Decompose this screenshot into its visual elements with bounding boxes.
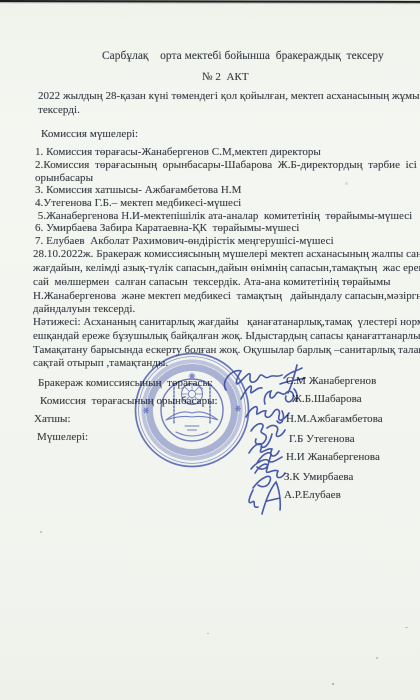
signature-utegenova — [251, 424, 285, 448]
signature-umirbaeva — [253, 464, 285, 488]
scan-speck — [405, 627, 408, 628]
stamp-ring-text-outer — [143, 361, 240, 458]
inspection-line: 28.10.2022ж. Бракераж комиссиясының мүше… — [33, 248, 420, 260]
signature-role: Бракераж комиссиясының төрағасы: — [38, 377, 213, 389]
result-line: Нәтижесі: Асхананың санитарлық жағдайы қ… — [33, 316, 420, 328]
intro-line: тексерді. — [38, 104, 80, 116]
signature-name: А.Р.Елубаев — [284, 489, 341, 501]
signature-name: З.К Умирбаева — [284, 471, 353, 483]
result-line: Тамақатану барысында ескерту болған жоқ.… — [33, 344, 420, 356]
member-item: 5.Жанабергенова Н.И-мектепішілік ата-ана… — [35, 210, 412, 222]
inspection-line: жағдайын, келімді азық-түлік сапасын,дай… — [33, 262, 420, 274]
signature-name: Ж.Б.Шабарова — [292, 393, 362, 405]
official-stamp — [136, 354, 249, 467]
signature-role: Хатшы: — [34, 413, 71, 425]
stamp-star-separator — [144, 406, 241, 413]
scanned-act-document: Сарбұлақ орта мектебі бойынша бракеражды… — [0, 0, 420, 700]
inspection-line: Н.Жанабергенова және мектеп медбикесі та… — [33, 290, 420, 302]
signature-azhbagambetova — [246, 407, 289, 423]
signature-elubaev — [249, 482, 280, 514]
scan-speck — [376, 657, 378, 659]
act-number: № 2 АКТ — [202, 71, 249, 83]
document-title: Сарбұлақ орта мектебі бойынша бракеражды… — [102, 50, 384, 62]
signature-role: Мүшелері: — [37, 431, 88, 443]
signature-zhanabergenova — [249, 444, 282, 469]
result-line: сақтай отырып ,тамақтанды. — [33, 357, 168, 369]
signature-role: Комиссия төрағасының орынбасары: — [40, 395, 218, 407]
member-item: 1. Комиссия төрағасы-Жанабергенов С.М,ме… — [35, 146, 321, 158]
member-item: 3. Комиссия хатшысы- Ажбағамбетова Н.М — [35, 184, 241, 196]
scan-top-edge — [0, 0, 420, 3]
signature-name: Г.Б Утегенова — [289, 433, 355, 445]
member-item: 4.Утегенова Г.Б.– мектеп медбикесі-мүшес… — [35, 197, 241, 209]
member-item-continuation: орынбасары — [35, 172, 93, 184]
members-heading: Комиссия мүшелері: — [41, 128, 138, 140]
scan-speck — [40, 531, 42, 533]
scan-speck — [207, 633, 209, 634]
inspection-line: дайндалуын тексерді. — [33, 303, 135, 315]
member-item: 2.Комиссия төрағасының орынбасары-Шабаро… — [35, 159, 420, 171]
result-line: ешқандай ереже бұзушылық байқалған жоқ. … — [33, 330, 420, 342]
intro-line: 2022 жылдың 28-қазан күні төмендегі қол … — [38, 90, 420, 102]
scan-speck — [345, 182, 348, 185]
signature-shabarova — [241, 386, 297, 404]
inspection-line: сай мөлшермен салған сапасын тексердік. … — [33, 276, 391, 288]
member-item: 6. Умирбаева Забира Каратаевна-ҚК төрайы… — [35, 222, 299, 234]
signature-name: Н.М.Ажбағамбетова — [286, 413, 383, 425]
member-item: 7. Елубаев Акболат Рахимович-өндірістік … — [35, 235, 334, 247]
signature-name: С.М Жанабергенов — [286, 375, 376, 387]
signature-name: Н.И Жанабергенова — [286, 451, 380, 463]
scan-speck — [332, 683, 334, 685]
